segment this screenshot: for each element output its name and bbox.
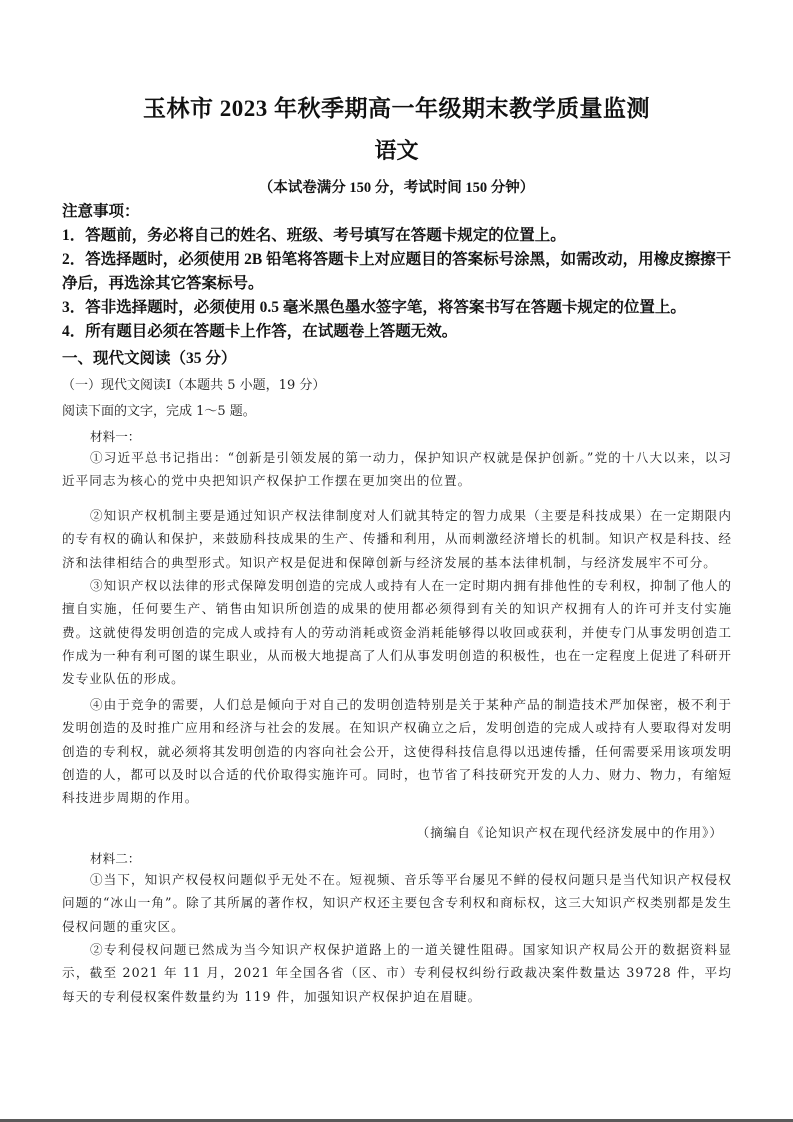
material-2-paragraph-1: ①当下，知识产权侵权问题似乎无处不在。短视频、音乐等平台屡见不鲜的侵权问题只是当…	[62, 868, 732, 938]
exam-page: 玉林市 2023 年秋季期高一年级期末教学质量监测 语文 （本试卷满分 150 …	[0, 0, 793, 1122]
notice-item-2: 2．答选择题时，必须使用 2B 铅笔将答题卡上对应题目的答案标号涂黑，如需改动，…	[62, 248, 732, 296]
exam-meta: （本试卷满分 150 分，考试时间 150 分钟）	[0, 176, 793, 197]
notice-item-4: 4．所有题目必须在答题卡上作答，在试题卷上答题无效。	[62, 320, 732, 344]
exam-title: 玉林市 2023 年秋季期高一年级期末教学质量监测	[0, 90, 793, 123]
material-1-paragraph-4: ④由于竞争的需要，人们总是倾向于对自己的发明创造特别是关于某种产品的制造技术严加…	[62, 693, 732, 809]
material-1-paragraph-2: ②知识产权机制主要是通过知识产权法律制度对人们就其特定的智力成果（主要是科技成果…	[62, 504, 732, 574]
notice-item-3: 3．答非选择题时，必须使用 0.5 毫米黑色墨水签字笔，将答案书写在答题卡规定的…	[62, 296, 732, 320]
material-1-citation: （摘编自《论知识产权在现代经济发展中的作用》）	[417, 822, 723, 841]
reading-instruction: 阅读下面的文字，完成 1～5 题。	[62, 400, 256, 419]
notice-item-1: 1．答题前，务必将自己的姓名、班级、考号填写在答题卡规定的位置上。	[62, 224, 732, 248]
section-heading: 一、现代文阅读（35 分）	[62, 346, 236, 368]
material-1-paragraph-3: ③知识产权以法律的形式保障发明创造的完成人或持有人在一定时期内拥有排他性的专利权…	[62, 574, 732, 690]
material-1-label: 材料一：	[90, 426, 140, 445]
subject-title: 语文	[0, 134, 793, 165]
notice-heading: 注意事项：	[62, 200, 742, 224]
material-2-paragraph-2: ②专利侵权问题已然成为当今知识产权保护道路上的一道关键性阻碍。国家知识产权局公开…	[62, 938, 732, 1008]
subsection-heading: （一）现代文阅读Ⅰ（本题共 5 小题，19 分）	[62, 374, 325, 393]
material-1-paragraph-1: ①习近平总书记指出：“创新是引领发展的第一动力，保护知识产权就是保护创新。”党的…	[62, 446, 732, 493]
material-2-label: 材料二：	[90, 848, 140, 867]
